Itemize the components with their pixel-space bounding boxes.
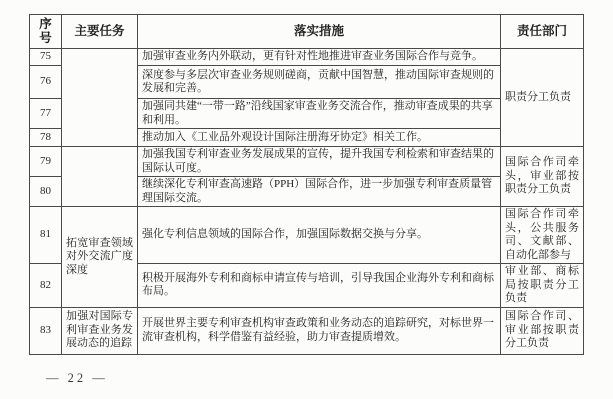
measure-76: 深度参与多层次审查业务规则磋商，贡献中国智慧，推动国际审查规则的发展和完善。 <box>138 66 501 99</box>
table-header: 序号 主要任务 落实措施 责任部门 <box>30 15 584 49</box>
col-header-measure: 落实措施 <box>138 15 501 49</box>
measure-81: 强化专利信息领域的国际合作，加强国际数据交换与分享。 <box>138 207 501 264</box>
header-row: 序号 主要任务 落实措施 责任部门 <box>30 15 584 49</box>
serial-76: 76 <box>30 66 62 99</box>
measure-80: 继续深化专利审查高速路（PPH）国际合作，进一步加强专利审查质量管理国际交流。 <box>138 177 501 207</box>
task-cell-79-80 <box>62 147 138 207</box>
table-row-81: 81 拓宽审查领域对外交流广度深度 强化专利信息领域的国际合作，加强国际数据交换… <box>30 207 584 264</box>
measure-77: 加强同共建“一带一路”沿线国家审查业务交流合作，推动审查成果的共享和利用。 <box>138 99 501 129</box>
document-page: 序号 主要任务 落实措施 责任部门 75 加强审查业务内外联动，更有针对性地推进… <box>0 0 613 399</box>
measure-79: 加强我国专利审查业务发展成果的宣传，提升我国专利检索和审查结果的国际认可度。 <box>138 147 501 177</box>
table-row-75: 75 加强审查业务内外联动，更有针对性地推进审查业务国际合作与竞争。 职责分工负… <box>30 49 584 66</box>
col-header-serial: 序号 <box>30 15 62 49</box>
task-cell-83: 加强对国际专利审查业务发展动态的追踪 <box>62 307 138 354</box>
table-row-83: 83 加强对国际专利审查业务发展动态的追踪 开展世界主要专利审查机构审查政策和业… <box>30 307 584 354</box>
task-cell-75-78 <box>62 49 138 147</box>
col-header-dept: 责任部门 <box>501 15 584 49</box>
serial-77: 77 <box>30 99 62 129</box>
dept-cell-75-78: 职责分工负责 <box>501 49 584 147</box>
measure-75: 加强审查业务内外联动，更有针对性地推进审查业务国际合作与竞争。 <box>138 49 501 66</box>
dept-cell-81: 国际合作司牵头，公共服务司、文献部、自动化部参与 <box>501 207 584 264</box>
task-table: 序号 主要任务 落实措施 责任部门 75 加强审查业务内外联动，更有针对性地推进… <box>29 14 584 355</box>
serial-81: 81 <box>30 207 62 264</box>
dept-cell-83: 国际合作司、审业部按职责分工负责 <box>501 307 584 354</box>
dept-cell-82: 审业部、商标局按职责分工负责 <box>501 264 584 308</box>
serial-83: 83 <box>30 307 62 354</box>
measure-78: 推动加入《工业品外观设计国际注册海牙协定》相关工作。 <box>138 129 501 147</box>
measure-83: 开展世界主要专利审查机构审查政策和业务动态的追踪研究，对标世界一流审查机构，科学… <box>138 307 501 354</box>
serial-80: 80 <box>30 177 62 207</box>
serial-75: 75 <box>30 49 62 66</box>
table-row-79: 79 加强我国专利审查业务发展成果的宣传，提升我国专利检索和审查结果的国际认可度… <box>30 147 584 177</box>
serial-78: 78 <box>30 129 62 147</box>
table-body: 75 加强审查业务内外联动，更有针对性地推进审查业务国际合作与竞争。 职责分工负… <box>30 49 584 355</box>
page-number: — 22 — <box>46 371 108 386</box>
dept-cell-79-80: 国际合作司牵头，审业部按职责分工负责 <box>501 147 584 207</box>
col-header-task: 主要任务 <box>62 15 138 49</box>
task-cell-81-82: 拓宽审查领域对外交流广度深度 <box>62 207 138 308</box>
serial-79: 79 <box>30 147 62 177</box>
measure-82: 积极开展海外专利和商标申请宣传与培训，引导我国企业海外专利和商标布局。 <box>138 264 501 308</box>
serial-82: 82 <box>30 264 62 308</box>
